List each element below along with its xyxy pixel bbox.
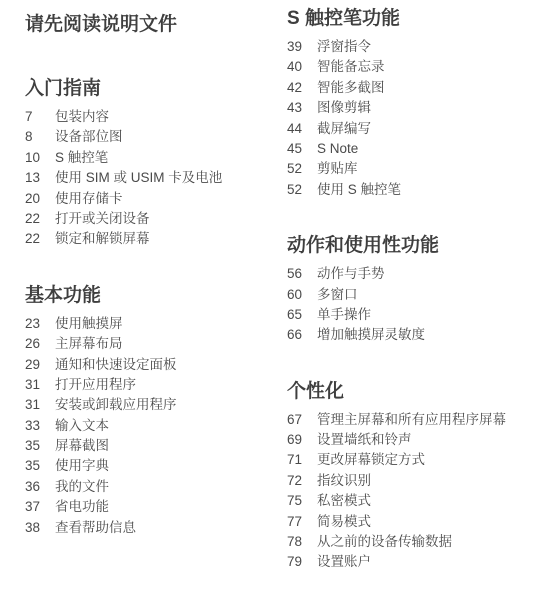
toc-item[interactable]: 26主屏幕布局 xyxy=(25,334,275,354)
page-number: 69 xyxy=(287,430,317,450)
item-label: 使用存储卡 xyxy=(55,189,275,209)
item-label: 设置账户 xyxy=(317,552,536,572)
item-label: 截屏编写 xyxy=(317,119,536,139)
item-label: 设置墙纸和铃声 xyxy=(317,430,536,450)
section-title: S 触控笔功能 xyxy=(287,8,536,30)
page-number: 10 xyxy=(25,148,55,168)
item-label: 包装内容 xyxy=(55,107,275,127)
item-label: 屏幕截图 xyxy=(55,436,275,456)
item-label: 输入文本 xyxy=(55,416,275,436)
item-label: 管理主屏幕和所有应用程序屏幕 xyxy=(317,410,536,430)
page-number: 38 xyxy=(25,518,55,538)
item-label: 浮窗指令 xyxy=(317,37,536,57)
toc-section: 基本功能23使用触摸屏26主屏幕布局29通知和快速设定面板31打开应用程序31安… xyxy=(25,285,275,538)
toc-item[interactable]: 66增加触摸屏灵敏度 xyxy=(287,325,536,345)
toc-item[interactable]: 52剪贴库 xyxy=(287,159,536,179)
toc-list: 7包装内容8设备部位图10S 触控笔13使用 SIM 或 USIM 卡及电池20… xyxy=(25,107,275,250)
toc-section: 个性化67管理主屏幕和所有应用程序屏幕69设置墙纸和铃声71更改屏幕锁定方式72… xyxy=(287,381,536,573)
toc-item[interactable]: 31打开应用程序 xyxy=(25,375,275,395)
toc-item[interactable]: 40智能备忘录 xyxy=(287,57,536,77)
toc-item[interactable]: 65单手操作 xyxy=(287,305,536,325)
toc-item[interactable]: 13使用 SIM 或 USIM 卡及电池 xyxy=(25,168,275,188)
item-label: 从之前的设备传输数据 xyxy=(317,532,536,552)
toc-item[interactable]: 39浮窗指令 xyxy=(287,37,536,57)
page-number: 31 xyxy=(25,375,55,395)
item-label: 多窗口 xyxy=(317,285,536,305)
page-number: 35 xyxy=(25,456,55,476)
toc-item[interactable]: 75私密模式 xyxy=(287,491,536,511)
page-number: 71 xyxy=(287,450,317,470)
item-label: 使用触摸屏 xyxy=(55,314,275,334)
page-number: 67 xyxy=(287,410,317,430)
page-number: 65 xyxy=(287,305,317,325)
toc-item[interactable]: 8设备部位图 xyxy=(25,127,275,147)
item-label: 指纹识别 xyxy=(317,471,536,491)
section-title: 基本功能 xyxy=(25,285,275,307)
toc-item[interactable]: 79设置账户 xyxy=(287,552,536,572)
toc-item[interactable]: 44截屏编写 xyxy=(287,119,536,139)
page-number: 42 xyxy=(287,78,317,98)
item-label: 主屏幕布局 xyxy=(55,334,275,354)
page-number: 8 xyxy=(25,127,55,147)
toc-item[interactable]: 52使用 S 触控笔 xyxy=(287,180,536,200)
item-label: 智能多截图 xyxy=(317,78,536,98)
toc-item[interactable]: 33输入文本 xyxy=(25,416,275,436)
toc-item[interactable]: 37省电功能 xyxy=(25,497,275,517)
page-number: 31 xyxy=(25,395,55,415)
item-label: 私密模式 xyxy=(317,491,536,511)
page-number: 78 xyxy=(287,532,317,552)
toc-item[interactable]: 10S 触控笔 xyxy=(25,148,275,168)
page-number: 72 xyxy=(287,471,317,491)
toc-item[interactable]: 78从之前的设备传输数据 xyxy=(287,532,536,552)
page-number: 60 xyxy=(287,285,317,305)
toc-item[interactable]: 22打开或关闭设备 xyxy=(25,209,275,229)
item-label: 图像剪辑 xyxy=(317,98,536,118)
item-label: 增加触摸屏灵敏度 xyxy=(317,325,536,345)
toc-item[interactable]: 31安装或卸载应用程序 xyxy=(25,395,275,415)
item-label: 更改屏幕锁定方式 xyxy=(317,450,536,470)
page-number: 20 xyxy=(25,189,55,209)
toc-item[interactable]: 36我的文件 xyxy=(25,477,275,497)
toc-item[interactable]: 35屏幕截图 xyxy=(25,436,275,456)
toc-list: 67管理主屏幕和所有应用程序屏幕69设置墙纸和铃声71更改屏幕锁定方式72指纹识… xyxy=(287,410,536,573)
page-number: 23 xyxy=(25,314,55,334)
page-number: 52 xyxy=(287,159,317,179)
toc-section: 请先阅读说明文件 xyxy=(25,14,275,36)
page-number: 44 xyxy=(287,119,317,139)
page-number: 26 xyxy=(25,334,55,354)
item-label: 设备部位图 xyxy=(55,127,275,147)
toc-item[interactable]: 71更改屏幕锁定方式 xyxy=(287,450,536,470)
item-label: 我的文件 xyxy=(55,477,275,497)
page-number: 37 xyxy=(25,497,55,517)
page-number: 77 xyxy=(287,512,317,532)
page-number: 22 xyxy=(25,209,55,229)
toc-item[interactable]: 20使用存储卡 xyxy=(25,189,275,209)
item-label: 打开或关闭设备 xyxy=(55,209,275,229)
toc-item[interactable]: 42智能多截图 xyxy=(287,78,536,98)
page-number: 75 xyxy=(287,491,317,511)
item-label: 简易模式 xyxy=(317,512,536,532)
toc-item[interactable]: 7包装内容 xyxy=(25,107,275,127)
toc-item[interactable]: 43图像剪辑 xyxy=(287,98,536,118)
item-label: 安装或卸载应用程序 xyxy=(55,395,275,415)
item-label: 省电功能 xyxy=(55,497,275,517)
toc-item[interactable]: 56动作与手势 xyxy=(287,264,536,284)
item-label: S 触控笔 xyxy=(55,148,275,168)
page-number: 13 xyxy=(25,168,55,188)
toc-item[interactable]: 77简易模式 xyxy=(287,512,536,532)
toc-item[interactable]: 29通知和快速设定面板 xyxy=(25,355,275,375)
toc-column-right: S 触控笔功能39浮窗指令40智能备忘录42智能多截图43图像剪辑44截屏编写4… xyxy=(287,8,536,600)
toc-item[interactable]: 60多窗口 xyxy=(287,285,536,305)
toc-item[interactable]: 23使用触摸屏 xyxy=(25,314,275,334)
toc-item[interactable]: 38查看帮助信息 xyxy=(25,518,275,538)
page-number: 43 xyxy=(287,98,317,118)
toc-list: 23使用触摸屏26主屏幕布局29通知和快速设定面板31打开应用程序31安装或卸载… xyxy=(25,314,275,538)
toc-section: 入门指南7包装内容8设备部位图10S 触控笔13使用 SIM 或 USIM 卡及… xyxy=(25,78,275,250)
item-label: 锁定和解锁屏幕 xyxy=(55,229,275,249)
section-title: 请先阅读说明文件 xyxy=(25,14,275,36)
page-number: 79 xyxy=(287,552,317,572)
section-title: 入门指南 xyxy=(25,78,275,100)
toc-item[interactable]: 45S Note xyxy=(287,139,536,159)
page-number: 56 xyxy=(287,264,317,284)
item-label: 查看帮助信息 xyxy=(55,518,275,538)
item-label: 单手操作 xyxy=(317,305,536,325)
page-number: 39 xyxy=(287,37,317,57)
page-number: 52 xyxy=(287,180,317,200)
page-number: 45 xyxy=(287,139,317,159)
item-label: 智能备忘录 xyxy=(317,57,536,77)
page-number: 29 xyxy=(25,355,55,375)
page-number: 22 xyxy=(25,229,55,249)
item-label: 打开应用程序 xyxy=(55,375,275,395)
page-number: 36 xyxy=(25,477,55,497)
section-title: 个性化 xyxy=(287,381,536,403)
item-label: 剪贴库 xyxy=(317,159,536,179)
toc-section: S 触控笔功能39浮窗指令40智能备忘录42智能多截图43图像剪辑44截屏编写4… xyxy=(287,8,536,200)
item-label: 使用 S 触控笔 xyxy=(317,180,536,200)
item-label: S Note xyxy=(317,139,536,159)
toc-item[interactable]: 72指纹识别 xyxy=(287,471,536,491)
page-number: 7 xyxy=(25,107,55,127)
page-number: 66 xyxy=(287,325,317,345)
page-number: 35 xyxy=(25,436,55,456)
item-label: 动作与手势 xyxy=(317,264,536,284)
toc-item[interactable]: 22锁定和解锁屏幕 xyxy=(25,229,275,249)
section-title: 动作和使用性功能 xyxy=(287,235,536,257)
toc-list: 56动作与手势60多窗口65单手操作66增加触摸屏灵敏度 xyxy=(287,264,536,346)
toc-item[interactable]: 67管理主屏幕和所有应用程序屏幕 xyxy=(287,410,536,430)
toc-item[interactable]: 69设置墙纸和铃声 xyxy=(287,430,536,450)
toc-list: 39浮窗指令40智能备忘录42智能多截图43图像剪辑44截屏编写45S Note… xyxy=(287,37,536,200)
item-label: 通知和快速设定面板 xyxy=(55,355,275,375)
item-label: 使用字典 xyxy=(55,456,275,476)
page-number: 33 xyxy=(25,416,55,436)
item-label: 使用 SIM 或 USIM 卡及电池 xyxy=(55,168,275,188)
page-number: 40 xyxy=(287,57,317,77)
toc-column-left: 请先阅读说明文件入门指南7包装内容8设备部位图10S 触控笔13使用 SIM 或… xyxy=(25,14,275,573)
toc-item[interactable]: 35使用字典 xyxy=(25,456,275,476)
toc-section: 动作和使用性功能56动作与手势60多窗口65单手操作66增加触摸屏灵敏度 xyxy=(287,235,536,346)
